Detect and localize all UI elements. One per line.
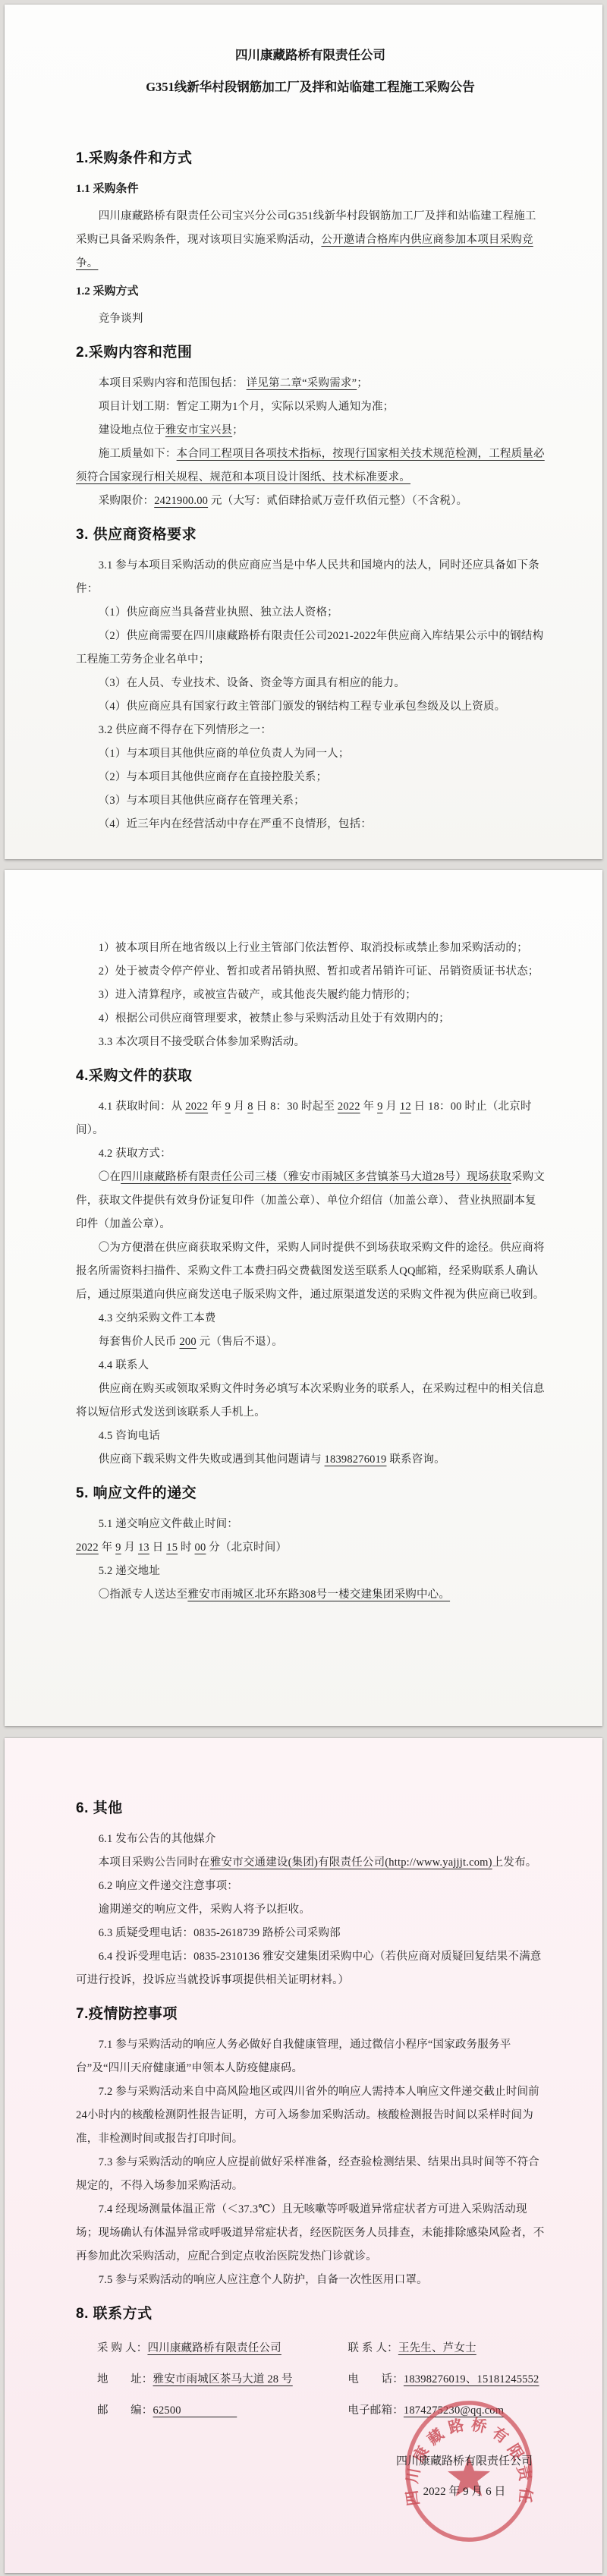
underlined-text: 200 <box>179 1336 196 1348</box>
para-4-4-contact: 供应商在购买或领取采购文件时务必填写本次采购业务的联系人，在采购过程中的相关信息… <box>76 1378 545 1425</box>
text-run: 7.3 参与采购活动的响应人应提前做好采样准备，经查验检测结果、结果出具时间等不… <box>76 2156 539 2192</box>
text-run: 4.2 获取方式： <box>99 1148 171 1160</box>
section-1-1-heading: 1.1 采购条件 <box>76 178 545 200</box>
text-run: 年 <box>99 1542 115 1554</box>
para-3-2: 3.2 供应商不得存在下列情形之一： <box>76 719 545 742</box>
text-run: 3.1 参与本项目采购活动的供应商应当是中华人民共和国境内的法人，同时还应具备如… <box>76 559 539 595</box>
document-page-2: 1）被本项目所在地省级以上行业主管部门依法暂停、取消投标或禁止参加采购活动的；2… <box>5 870 602 1726</box>
text-run: 联系咨询。 <box>387 1453 445 1466</box>
para-3-2-item-3: （3）与本项目其他供应商存在管理关系； <box>76 789 545 813</box>
text-run: 分（北京时间） <box>206 1542 287 1554</box>
contact-row-1: 采 购 人：四川康藏路桥有限责任公司联 系 人：王先生、芦女士 <box>76 2333 545 2364</box>
text-run: 4.采购文件的获取 <box>76 1068 192 1084</box>
section-6-heading: 6. 其他 <box>76 1797 545 1820</box>
para-4-4: 4.4 联系人 <box>76 1354 545 1378</box>
underlined-text: 雅安市宝兴县 <box>165 424 232 436</box>
para-6-1: 6.1 发布公告的其他媒介 <box>76 1828 545 1851</box>
text-run: 6.2 响应文件递交注意事项： <box>99 1880 238 1892</box>
text-run: 3. 供应商资格要求 <box>76 527 197 543</box>
para-3-2-item-2: （2）与本项目其他供应商存在直接控股关系； <box>76 766 545 789</box>
document-page-3: 6. 其他6.1 发布公告的其他媒介本项目采购公告同时在雅安市交通建设(集团)有… <box>5 1738 602 2573</box>
underlined-text: 雅安市雨城区茶马大道 28 号 <box>153 2373 293 2385</box>
section-5-heading: 5. 响应文件的递交 <box>76 1482 545 1505</box>
underlined-text: 12 <box>400 1101 411 1113</box>
underlined-text: 9 <box>225 1101 230 1113</box>
para-4-1-time: 4.1 获取时间：从 2022 年 9 月 8 日 8：30 时起至 2022 … <box>76 1095 545 1142</box>
underlined-text: 2022 <box>76 1542 99 1554</box>
text-run: 施工质量如下： <box>99 448 177 460</box>
text-run: 3.3 本次项目不接受联合体参加采购活动。 <box>99 1036 305 1048</box>
signature-company: 四川康藏路桥有限责任公司 <box>366 2446 563 2477</box>
text-run: 月 <box>383 1101 400 1113</box>
text-run: 电子邮箱： <box>348 2404 404 2417</box>
text-run: 采购限价： <box>99 495 155 507</box>
text-run: 4.3 交纳采购文件工本费 <box>99 1312 216 1324</box>
para-3-2-4-sub-2: 2）处于被责令停产停业、暂扣或者吊销执照、暂扣或者吊销许可证、吊销资质证书状态； <box>76 960 545 984</box>
text-run: 〇在 <box>99 1171 121 1183</box>
para-3-1-item-1: （1）供应商应当具备营业执照、独立法人资格； <box>76 601 545 625</box>
text-run: 供应商下载采购文件失败或遇到其他问题请与 <box>99 1453 325 1466</box>
text-run: 四川康藏路桥有限责任公司 <box>235 48 385 62</box>
text-run: 逾期递交的响应文件，采购人将予以拒收。 <box>99 1904 310 1916</box>
para-7-3: 7.3 参与采购活动的响应人应提前做好采样准备，经查验检测结果、结果出具时间等不… <box>76 2151 545 2198</box>
text-run: 元（大写：贰佰肆拾贰万壹仟玖佰元整）（不含税）。 <box>208 495 467 507</box>
text-run: 1.1 采购条件 <box>76 183 139 195</box>
text-run: G351线新华村段钢筋加工厂及拌和站临建工程施工采购公告 <box>146 80 475 94</box>
para-4-3-fee: 每套售价人民币 200 元（售后不退）。 <box>76 1331 545 1354</box>
text-run: 5.2 递交地址 <box>99 1565 160 1577</box>
text-run: 1.采购条件和方式 <box>76 150 192 166</box>
para-5-2: 5.2 递交地址 <box>76 1560 545 1583</box>
text-run: 7.5 参与采购活动的响应人应注意个人防护，自备一次性医用口罩。 <box>99 2274 428 2286</box>
para-6-2-note: 逾期递交的响应文件，采购人将予以拒收。 <box>76 1898 545 1922</box>
para-2-price-limit: 采购限价：2421900.00 元（大写：贰佰肆拾贰万壹仟玖佰元整）（不含税）。 <box>76 490 545 513</box>
para-4-5: 4.5 咨询电话 <box>76 1425 545 1448</box>
text-run: 4）根据公司供应商管理要求，被禁止参与采购活动且处于有效期内的； <box>99 1012 450 1025</box>
para-3-1-item-2: （2）供应商需要在四川康藏路桥有限责任公司2021-2022年供应商入库结果公示… <box>76 625 545 672</box>
text-run: 本项目采购内容和范围包括： <box>99 377 247 389</box>
text-run: 项目计划工期：暂定工期为1个月，实际以采购人通知为准； <box>99 401 395 413</box>
underlined-text: 18398276019、15181245552 <box>404 2373 539 2385</box>
text-run: 6.1 发布公告的其他媒介 <box>99 1833 216 1845</box>
contact-row-3-left: 邮 编：62500 <box>97 2395 348 2426</box>
text-run: 7.疫情防控事项 <box>76 2006 178 2022</box>
text-run: 2）处于被责令停产停业、暂扣或者吊销执照、暂扣或者吊销许可证、吊销资质证书状态； <box>99 965 539 978</box>
section-4-heading: 4.采购文件的获取 <box>76 1065 545 1088</box>
text-run: 6.3 质疑受理电话：0835-2618739 路桥公司采购部 <box>99 1927 341 1939</box>
para-3-2-item-1: （1）与本项目其他供应商的单位负责人为同一人； <box>76 742 545 766</box>
para-3-2-4-sub-4: 4）根据公司供应商管理要求，被禁止参与采购活动且处于有效期内的； <box>76 1007 545 1031</box>
para-5-2-address: 〇指派专人送达至雅安市雨城区北环东路308号一楼交建集团采购中心。 <box>76 1583 545 1607</box>
para-2-location: 建设地点位于雅安市宝兴县； <box>76 419 545 442</box>
para-3-2-4-sub-3: 3）进入清算程序，或被宣告破产，或其他丧失履约能力情形的； <box>76 984 545 1007</box>
signature-block: 四川康藏路桥有限责任公司 2022 年 9 月 6 日 <box>366 2446 563 2507</box>
section-8-heading: 8. 联系方式 <box>76 2303 545 2326</box>
para-3-2-item-4: （4）近三年内在经营活动中存在严重不良情形，包括： <box>76 813 545 836</box>
text-run: （2）供应商需要在四川康藏路桥有限责任公司2021-2022年供应商入库结果公示… <box>76 630 543 666</box>
para-3-1-item-3: （3）在人员、专业技术、设备、资金等方面具有相应的能力。 <box>76 672 545 695</box>
text-run: 元（售后不退）。 <box>197 1336 283 1348</box>
text-run: 7.1 参与采购活动的响应人务必做好自我健康管理，通过微信小程序“国家政务服务平… <box>76 2039 511 2074</box>
text-run: 竞争谈判 <box>99 313 143 325</box>
signature-date: 2022 年 9 月 6 日 <box>366 2477 563 2507</box>
contact-row-2: 地 址：雅安市雨城区茶马大道 28 号电 话：18398276019、15181… <box>76 2364 545 2395</box>
doc-title-company: 四川康藏路桥有限责任公司 <box>76 44 545 67</box>
text-run: 月 <box>121 1542 138 1554</box>
contact-row-2-right: 电 话：18398276019、15181245552 <box>348 2364 545 2395</box>
para-2-scope: 本项目采购内容和范围包括： 详见第二章“采购需求”； <box>76 372 545 395</box>
para-3-1: 3.1 参与本项目采购活动的供应商应当是中华人民共和国境内的法人，同时还应具备如… <box>76 554 545 601</box>
text-run: 3.2 供应商不得存在下列情形之一： <box>99 724 272 736</box>
text-run: 每套售价人民币 <box>99 1336 180 1348</box>
page-3-content: 6. 其他6.1 发布公告的其他媒介本项目采购公告同时在雅安市交通建设(集团)有… <box>5 1738 602 2426</box>
contact-row-1-left: 采 购 人：四川康藏路桥有限责任公司 <box>97 2333 348 2364</box>
text-run: 邮 编： <box>97 2404 153 2417</box>
underlined-text: 13 <box>138 1542 149 1554</box>
text-run: 地 址： <box>97 2373 153 2385</box>
para-6-3: 6.3 质疑受理电话：0835-2618739 路桥公司采购部 <box>76 1922 545 1945</box>
text-run: 4.5 咨询电话 <box>99 1430 160 1442</box>
underlined-text: 8 <box>247 1101 253 1113</box>
page-2-content: 1）被本项目所在地省级以上行业主管部门依法暂停、取消投标或禁止参加采购活动的；2… <box>5 870 602 1607</box>
text-run: 7.4 经现场测量体温正常（＜37.3℃）且无咳嗽等呼吸道异常症状者方可进入采购… <box>76 2203 544 2263</box>
text-run: 时 <box>178 1542 194 1554</box>
text-run: 电 话： <box>348 2373 404 2385</box>
para-3-1-item-4: （4）供应商应具有国家行政主管部门颁发的钢结构工程专业承包叁级及以上资质。 <box>76 695 545 719</box>
para-2-duration: 项目计划工期：暂定工期为1个月，实际以采购人通知为准； <box>76 395 545 419</box>
underlined-text: 18398276019 <box>325 1453 387 1466</box>
text-run: 5. 响应文件的递交 <box>76 1485 197 1501</box>
section-1-heading: 1.采购条件和方式 <box>76 147 545 170</box>
para-1-1: 四川康藏路桥有限责任公司宝兴分公司G351线新华村段钢筋加工厂及拌和站临建工程施… <box>76 205 545 276</box>
text-run: 日 8：30 时起至 <box>253 1101 338 1113</box>
document-page-1: 四川康藏路桥有限责任公司G351线新华村段钢筋加工厂及拌和站临建工程施工采购公告… <box>5 5 602 859</box>
text-run: 日 <box>149 1542 166 1554</box>
underlined-text: 雅安市交通建设(集团)有限责任公司(http://www.yajjjt.com) <box>210 1856 492 1869</box>
para-4-5-phone: 供应商下载采购文件失败或遇到其他问题请与 18398276019 联系咨询。 <box>76 1448 545 1472</box>
para-6-1-media: 本项目采购公告同时在雅安市交通建设(集团)有限责任公司(http://www.y… <box>76 1851 545 1875</box>
para-5-1: 5.1 递交响应文件截止时间： <box>76 1513 545 1536</box>
section-2-heading: 2.采购内容和范围 <box>76 342 545 364</box>
text-run: （3）与本项目其他供应商存在管理关系； <box>99 795 305 807</box>
para-7-4: 7.4 经现场测量体温正常（＜37.3℃）且无咳嗽等呼吸道异常症状者方可进入采购… <box>76 2198 545 2269</box>
para-7-2: 7.2 参与采购活动来自中高风险地区或四川省外的响应人需持本人响应文件递交截止时… <box>76 2080 545 2151</box>
para-7-1: 7.1 参与采购活动的响应人务必做好自我健康管理，通过微信小程序“国家政务服务平… <box>76 2033 545 2080</box>
underlined-text: 2022 <box>185 1101 208 1113</box>
text-run: （2）与本项目其他供应商存在直接控股关系； <box>99 771 327 783</box>
text-run: 1）被本项目所在地省级以上行业主管部门依法暂停、取消投标或禁止参加采购活动的； <box>99 942 528 954</box>
text-run: （4）供应商应具有国家行政主管部门颁发的钢结构工程专业承包叁级及以上资质。 <box>99 701 506 713</box>
text-run: 3）进入清算程序，或被宣告破产，或其他丧失履约能力情形的； <box>99 989 417 1001</box>
contact-row-1-right: 联 系 人：王先生、芦女士 <box>348 2333 545 2364</box>
text-run: 上发布。 <box>492 1856 537 1869</box>
text-run: 月 <box>231 1101 247 1113</box>
text-run: （1）供应商应当具备营业执照、独立法人资格； <box>99 606 338 619</box>
text-run: 4.1 获取时间：从 <box>99 1101 186 1113</box>
text-run: 建设地点位于 <box>99 424 165 436</box>
para-5-1-deadline: 2022 年 9 月 13 日 15 时 00 分（北京时间） <box>76 1536 545 1560</box>
doc-title-project: G351线新华村段钢筋加工厂及拌和站临建工程施工采购公告 <box>76 76 545 99</box>
underlined-text: 四川康藏路桥有限责任公司 <box>147 2342 281 2354</box>
underlined-text: 9 <box>377 1101 382 1113</box>
text-run: 供应商在购买或领取采购文件时务必填写本次采购业务的联系人，在采购过程中的相关信息… <box>76 1383 545 1419</box>
para-6-4: 6.4 投诉受理电话：0835-2310136 雅安交建集团采购中心（若供应商对… <box>76 1945 545 1992</box>
para-4-2-onsite: 〇在四川康藏路桥有限责任公司三楼（雅安市雨城区多营镇茶马大道28号）现场获取采购… <box>76 1166 545 1236</box>
section-7-heading: 7.疫情防控事项 <box>76 2003 545 2026</box>
para-2-quality: 施工质量如下：本合同工程项目各项技术指标，按现行国家相关技术规范检测，工程质量必… <box>76 442 545 490</box>
para-7-5: 7.5 参与采购活动的响应人应注意个人防护，自备一次性医用口罩。 <box>76 2269 545 2292</box>
text-run: 6.4 投诉受理电话：0835-2310136 雅安交建集团采购中心（若供应商对… <box>76 1951 541 1986</box>
underlined-text: 王先生、芦女士 <box>398 2342 476 2354</box>
para-1-2-method: 竞争谈判 <box>76 307 545 331</box>
text-run: 采 购 人： <box>97 2342 147 2354</box>
para-4-2: 4.2 获取方式： <box>76 1142 545 1166</box>
para-6-2: 6.2 响应文件递交注意事项： <box>76 1875 545 1898</box>
text-run: （1）与本项目其他供应商的单位负责人为同一人； <box>99 748 350 760</box>
text-run: 6. 其他 <box>76 1800 123 1816</box>
underlined-text: 雅安市雨城区北环东路308号一楼交建集团采购中心。 <box>187 1589 450 1601</box>
text-run: 5.1 递交响应文件截止时间： <box>99 1518 238 1530</box>
page-1-content: 四川康藏路桥有限责任公司G351线新华村段钢筋加工厂及拌和站临建工程施工采购公告… <box>5 5 602 836</box>
text-run: 年 <box>360 1101 377 1113</box>
text-run: 年 <box>208 1101 225 1113</box>
text-run: 8. 联系方式 <box>76 2306 153 2322</box>
text-run: 本项目采购公告同时在 <box>99 1856 210 1869</box>
section-3-heading: 3. 供应商资格要求 <box>76 524 545 546</box>
text-run: 〇为方便潜在供应商获取采购文件，采购人同时提供不到场获取采购文件的途径。供应商将… <box>76 1242 545 1301</box>
text-run: 2.采购内容和范围 <box>76 345 192 361</box>
para-4-2-remote: 〇为方便潜在供应商获取采购文件，采购人同时提供不到场获取采购文件的途径。供应商将… <box>76 1236 545 1307</box>
para-4-3: 4.3 交纳采购文件工本费 <box>76 1307 545 1331</box>
underlined-text: 00 <box>195 1542 206 1554</box>
text-run: 〇指派专人送达至 <box>99 1589 188 1601</box>
text-run: 4.4 联系人 <box>99 1359 149 1371</box>
underlined-text: 四川康藏路桥有限责任公司三楼（雅安市雨城区多营镇茶马大道28号）现场获取 <box>121 1171 511 1183</box>
underlined-text: 9 <box>115 1542 121 1554</box>
underlined-text: 2022 <box>338 1101 360 1113</box>
para-3-3: 3.3 本次项目不接受联合体参加采购活动。 <box>76 1031 545 1054</box>
contact-row-2-left: 地 址：雅安市雨城区茶马大道 28 号 <box>97 2364 348 2395</box>
text-run: ； <box>357 377 368 389</box>
para-3-2-4-sub-1: 1）被本项目所在地省级以上行业主管部门依法暂停、取消投标或禁止参加采购活动的； <box>76 937 545 960</box>
underlined-text: 详见第二章“采购需求” <box>247 377 357 389</box>
text-run: （3）在人员、专业技术、设备、资金等方面具有相应的能力。 <box>99 677 405 689</box>
underlined-text: 2421900.00 <box>154 495 208 507</box>
text-run: 7.2 参与采购活动来自中高风险地区或四川省外的响应人需持本人响应文件递交截止时… <box>76 2086 539 2145</box>
text-run: 联 系 人： <box>348 2342 398 2354</box>
text-run: 1.2 采购方式 <box>76 285 139 298</box>
underlined-text: 15 <box>166 1542 178 1554</box>
text-run: ； <box>232 424 244 436</box>
underlined-text: 62500 <box>153 2404 237 2417</box>
text-run: （4）近三年内在经营活动中存在严重不良情形，包括： <box>99 818 372 830</box>
section-1-2-heading: 1.2 采购方式 <box>76 280 545 303</box>
